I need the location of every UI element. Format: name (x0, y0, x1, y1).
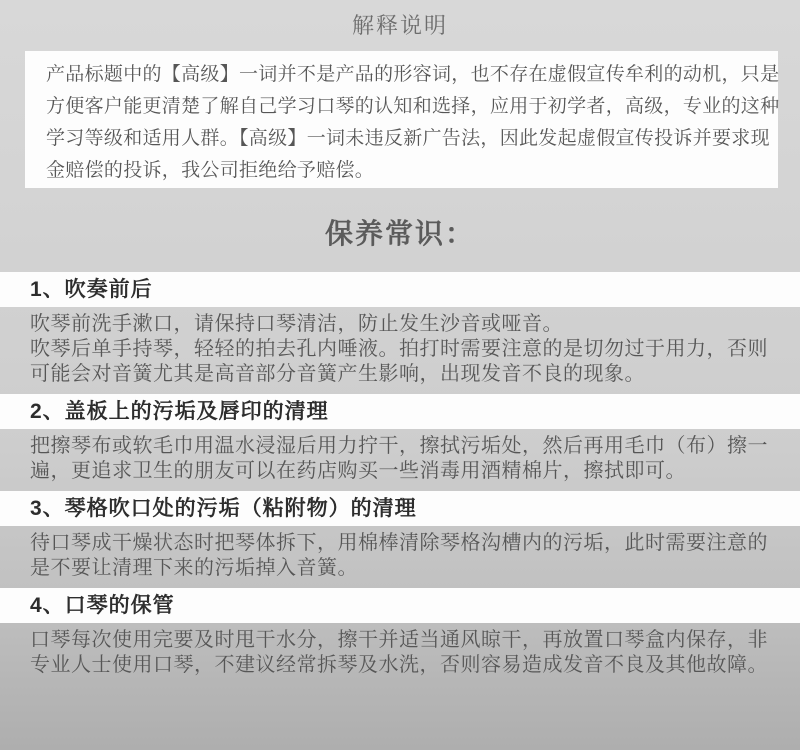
section-heading: 3、琴格吹口处的污垢（粘附物）的清理 (0, 491, 800, 526)
care-section-playing: 1、吹奏前后 吹琴前洗手漱口，请保持口琴清洁，防止发生沙音或哑音。 吹琴后单手持… (0, 272, 800, 394)
body-line: 遍，更追求卫生的朋友可以在药店购买一些消毒用酒精棉片，擦拭即可。 (30, 459, 770, 484)
care-knowledge-title: 保养常识： (0, 214, 800, 254)
explanation-text-line: 金赔偿的投诉，我公司拒绝给予赔偿。 (46, 155, 758, 187)
care-section-mouthpiece-cleaning: 3、琴格吹口处的污垢（粘附物）的清理 待口琴成干燥状态时把琴体拆下，用棉棒清除琴… (0, 491, 800, 588)
section-body: 把擦琴布或软毛巾用温水浸湿后用力拧干，擦拭污垢处，然后再用毛巾（布）擦一 遍，更… (0, 429, 800, 491)
body-line: 是不要让清理下来的污垢掉入音簧。 (30, 556, 770, 581)
care-section-coverplate-cleaning: 2、盖板上的污垢及唇印的清理 把擦琴布或软毛巾用温水浸湿后用力拧干，擦拭污垢处，… (0, 394, 800, 491)
product-description-page: 解释说明 产品标题中的【高级】一词并不是产品的形容词，也不存在虚假宣传牟利的动机… (0, 0, 800, 750)
body-line: 可能会对音簧尤其是高音部分音簧产生影响，出现发音不良的现象。 (30, 362, 770, 387)
body-line: 口琴每次使用完要及时甩干水分，擦干并适当通风晾干，再放置口琴盒内保存，非 (30, 628, 770, 653)
section-body: 口琴每次使用完要及时甩干水分，擦干并适当通风晾干，再放置口琴盒内保存，非 专业人… (0, 623, 800, 685)
section-heading: 4、口琴的保管 (0, 588, 800, 623)
body-line: 待口琴成干燥状态时把琴体拆下，用棉棒清除琴格沟槽内的污垢，此时需要注意的 (30, 531, 770, 556)
section-heading: 2、盖板上的污垢及唇印的清理 (0, 394, 800, 429)
explanation-text-line: 方便客户能更清楚了解自己学习口琴的认知和选择，应用于初学者，高级，专业的这种 (46, 91, 758, 123)
body-line: 把擦琴布或软毛巾用温水浸湿后用力拧干，擦拭污垢处，然后再用毛巾（布）擦一 (30, 434, 770, 459)
explanation-text-line: 产品标题中的【高级】一词并不是产品的形容词，也不存在虚假宣传牟利的动机，只是 (46, 59, 758, 91)
body-line: 吹琴前洗手漱口，请保持口琴清洁，防止发生沙音或哑音。 (30, 312, 770, 337)
body-line: 吹琴后单手持琴，轻轻的拍去孔内唾液。拍打时需要注意的是切勿过于用力，否则 (30, 337, 770, 362)
care-section-storage: 4、口琴的保管 口琴每次使用完要及时甩干水分，擦干并适当通风晾干，再放置口琴盒内… (0, 588, 800, 685)
explanation-box: 产品标题中的【高级】一词并不是产品的形容词，也不存在虚假宣传牟利的动机，只是 方… (25, 51, 778, 188)
explanation-title: 解释说明 (0, 0, 800, 51)
section-body: 待口琴成干燥状态时把琴体拆下，用棉棒清除琴格沟槽内的污垢，此时需要注意的 是不要… (0, 526, 800, 588)
explanation-text-line: 学习等级和适用人群。【高级】一词未违反新广告法，因此发起虚假宣传投诉并要求现 (46, 123, 758, 155)
section-heading: 1、吹奏前后 (0, 272, 800, 307)
section-body: 吹琴前洗手漱口，请保持口琴清洁，防止发生沙音或哑音。 吹琴后单手持琴，轻轻的拍去… (0, 307, 800, 394)
body-line: 专业人士使用口琴，不建议经常拆琴及水洗，否则容易造成发音不良及其他故障。 (30, 653, 770, 678)
